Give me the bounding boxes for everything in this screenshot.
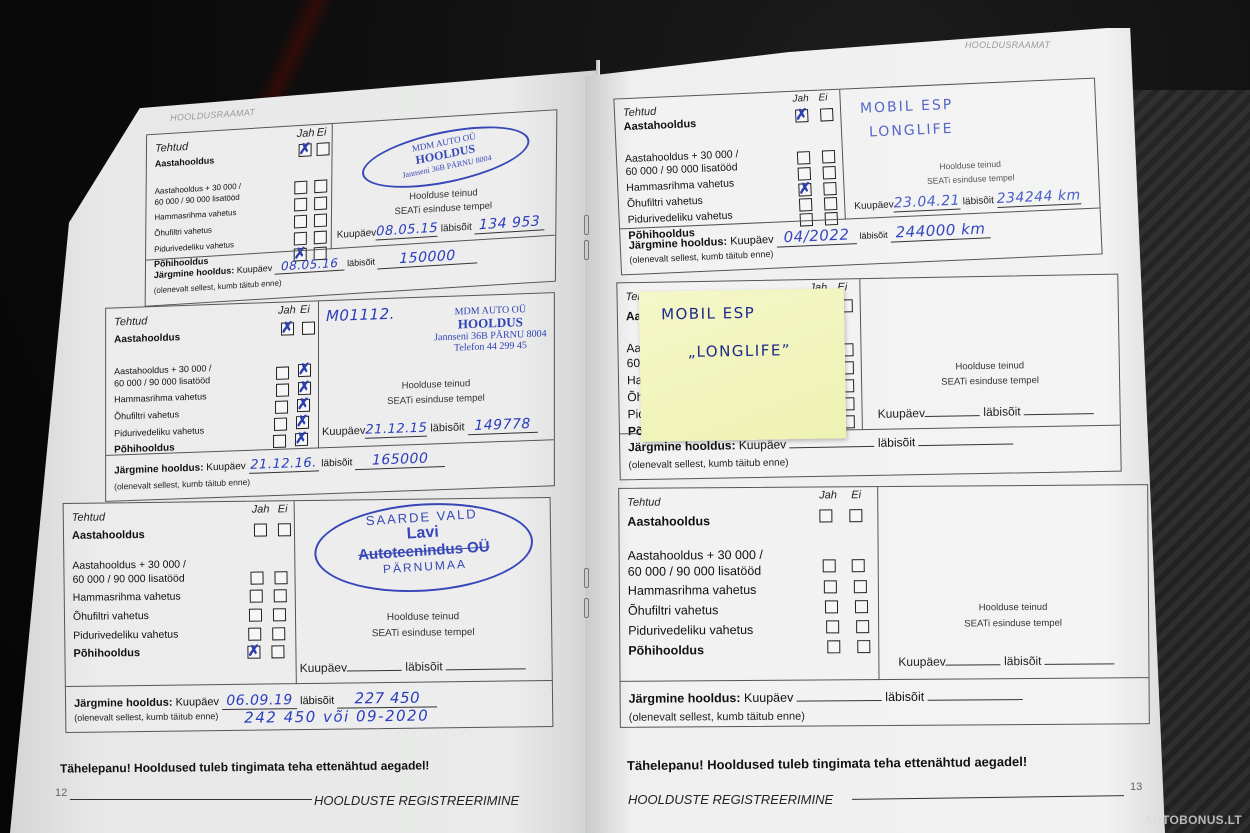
checkbox-ohufilter-jah[interactable] <box>275 400 288 413</box>
checkbox-aastahooldus-jah[interactable] <box>254 523 267 536</box>
dealer-stamp-lavi: SAARDE VALD Lavi Autoteenindus OÜ PÄRNUM… <box>312 497 536 599</box>
row-lisatood-1: Aastahooldus + 30 000 / <box>628 548 763 563</box>
row-pohihooldus: Põhihooldus <box>628 643 704 658</box>
checkbox-ohufilter-ei[interactable] <box>273 608 286 621</box>
row-lisatood-2: 60 000 / 90 000 lisatööd <box>114 375 210 388</box>
handwritten-code: M01112. <box>326 305 395 325</box>
next-service-date[interactable]: 04/2022 <box>776 225 857 247</box>
next-service-note: (olenevalt sellest, kumb täitub enne) <box>628 457 788 471</box>
handwritten-oil-note-2: LONGLIFE <box>869 121 954 141</box>
checkbox-ohufilter-jah[interactable] <box>249 609 262 622</box>
checkbox-aastahooldus-ei[interactable] <box>820 108 834 122</box>
checkbox-pidurivedelik-jah[interactable] <box>274 418 287 431</box>
checkbox-pidurivedelik-ei[interactable] <box>314 231 327 245</box>
checkbox-pohihooldus-ei[interactable] <box>271 645 284 658</box>
checkbox-pohihooldus-ei[interactable] <box>295 433 308 446</box>
next-service-mileage[interactable] <box>919 443 1014 446</box>
checkbox-hammasrihm-ei[interactable] <box>823 166 837 180</box>
row-aastahooldus: Aastahooldus <box>114 332 180 345</box>
row-hammasrihm: Hammasrihma vahetus <box>114 391 206 404</box>
checkbox-hammasrihm-jah[interactable] <box>276 383 289 396</box>
next-service-mileage[interactable]: 150000 <box>378 246 478 269</box>
jah-label: Jah <box>297 127 315 140</box>
row-ohufilter: Õhufiltri vahetus <box>73 610 149 623</box>
checkbox-hammasrihm-ei[interactable] <box>854 580 867 593</box>
service-date-row: Kuupäev21.12.15 läbisõit 149778 <box>322 416 538 441</box>
stamp-caption-1: Hoolduse teinud <box>861 359 1119 375</box>
ei-label: Ei <box>317 126 327 139</box>
page-number-right: 13 <box>1130 781 1142 793</box>
checkbox-ohufilter-ei[interactable] <box>314 213 327 227</box>
service-entry-right-1: Tehtud Jah Ei Aastahooldus Aastahooldus … <box>613 78 1102 276</box>
staple-icon <box>584 568 589 588</box>
next-service-row: Järgmine hooldus: Kuupäev läbisõit <box>629 689 1023 706</box>
service-entry-left-1: Tehtud Jah Ei Aastahooldus Aastahooldus … <box>145 109 558 307</box>
row-pidurivedelik: Pidurivedeliku vahetus <box>154 240 234 254</box>
service-entry-left-2: Tehtud Jah Ei Aastahooldus Aastahooldus … <box>105 292 555 502</box>
checkbox-lisatood-ei[interactable] <box>852 559 865 572</box>
footer-rule-left <box>70 799 312 800</box>
jah-label: Jah <box>792 93 809 105</box>
checkbox-ohufilter-jah[interactable] <box>294 215 307 229</box>
service-date-value[interactable]: 21.12.15 <box>365 421 427 439</box>
service-mileage-value[interactable]: 234244 km <box>996 187 1081 208</box>
stamp-caption-2: SEATi esinduse tempel <box>295 626 551 640</box>
service-date-value[interactable] <box>925 415 980 417</box>
service-mileage-value[interactable] <box>446 668 526 670</box>
stamp-caption-2: SEATi esinduse tempel <box>861 374 1119 390</box>
sticky-note-line-1: MOBIL ESP <box>661 304 755 324</box>
checkbox-pidurivedelik-ei[interactable] <box>296 416 309 429</box>
service-mileage-value[interactable] <box>1045 663 1115 664</box>
row-aastahooldus: Aastahooldus <box>72 529 145 542</box>
checkbox-lisatood-ei[interactable] <box>274 571 287 584</box>
dealer-stamp-mdm: MDM AUTO OÜ HOOLDUS Jannseni 36B PÄRNU 8… <box>428 303 553 355</box>
row-lisatood-1: Aastahooldus + 30 000 / <box>72 558 186 571</box>
checkbox-lisatood-jah[interactable] <box>276 366 289 379</box>
checkbox-ohufilter-jah[interactable] <box>798 183 812 197</box>
next-service-alt: 242 450 või 09-2020 <box>244 707 429 727</box>
next-service-date[interactable] <box>790 446 875 448</box>
tehtud-label: Tehtud <box>627 497 660 509</box>
row-pidurivedelik: Pidurivedeliku vahetus <box>114 425 204 438</box>
checkbox-pidurivedelik-ei[interactable] <box>856 620 869 633</box>
row-aastahooldus: Aastahooldus <box>627 514 710 529</box>
service-mileage-value[interactable]: 149778 <box>468 416 538 435</box>
watermark-logo: AUTOBONUS.LT <box>1144 813 1242 827</box>
checkbox-aastahooldus-jah[interactable] <box>299 143 312 157</box>
checkbox-hammasrihm-ei[interactable] <box>314 196 327 210</box>
checkbox-ohufilter-ei[interactable] <box>297 399 310 412</box>
service-entry-right-3: Tehtud Jah Ei Aastahooldus Aastahooldus … <box>618 484 1150 728</box>
checkbox-ohufilter-ei[interactable] <box>823 182 837 196</box>
checkbox-hammasrihm-jah[interactable] <box>294 198 307 212</box>
service-date-row: Kuupäev läbisõit <box>878 403 1095 421</box>
staple-icon <box>584 240 589 260</box>
stamp-caption-1: Hoolduse teinud <box>295 610 551 624</box>
staple-icon <box>584 598 589 618</box>
row-hammasrihm: Hammasrihma vahetus <box>73 591 181 604</box>
checkbox-lisatood-jah[interactable] <box>250 572 263 585</box>
checkbox-lisatood-ei[interactable] <box>822 150 836 164</box>
tehtud-label: Tehtud <box>114 315 147 328</box>
ei-label: Ei <box>300 304 310 316</box>
checkbox-pohihooldus-jah[interactable] <box>273 435 286 448</box>
next-service-mileage[interactable]: 244000 km <box>890 219 991 242</box>
service-date-value[interactable]: 08.05.15 <box>376 221 438 241</box>
checkbox-hammasrihm-jah[interactable] <box>250 590 263 603</box>
stamp-caption-2: SEATi esinduse tempel <box>878 617 1148 630</box>
tehtud-label: Tehtud <box>72 511 105 523</box>
row-aastahooldus: Aastahooldus <box>623 118 696 133</box>
next-service-mileage[interactable] <box>928 699 1023 701</box>
checkbox-lisatood-ei[interactable] <box>314 179 327 193</box>
checkbox-aastahooldus-jah[interactable] <box>281 322 294 335</box>
checkbox-aastahooldus-ei[interactable] <box>849 509 862 522</box>
checkbox-pohihooldus-ei[interactable] <box>857 640 870 653</box>
row-ohufilter: Õhufiltri vahetus <box>154 226 212 239</box>
row-aastahooldus: Aastahooldus <box>155 155 214 169</box>
checkbox-pohihooldus-jah[interactable] <box>827 640 840 653</box>
next-service-date[interactable]: 21.12.16. <box>249 455 319 473</box>
ei-label: Ei <box>851 489 861 501</box>
checkbox-lisatood-jah[interactable] <box>797 151 811 165</box>
service-date-row: Kuupäev läbisõit <box>898 653 1115 669</box>
checkbox-lisatood-jah[interactable] <box>294 181 307 195</box>
next-service-date[interactable]: 08.05.16 <box>275 255 345 274</box>
checkbox-hammasrihm-ei[interactable] <box>298 382 311 395</box>
jah-label: Jah <box>252 503 270 515</box>
checkbox-hammasrihm-ei[interactable] <box>274 589 287 602</box>
checkbox-aastahooldus-jah[interactable] <box>819 509 832 522</box>
checkbox-aastahooldus-ei[interactable] <box>278 523 291 536</box>
checkbox-aastahooldus-jah[interactable] <box>795 109 809 123</box>
checkbox-aastahooldus-ei[interactable] <box>302 321 315 334</box>
next-service-mileage[interactable]: 165000 <box>355 450 445 470</box>
next-service-note: (olenevalt sellest, kumb täitub enne) <box>74 711 218 723</box>
jah-label: Jah <box>819 489 837 501</box>
service-date-value[interactable]: 23.04.21 <box>893 193 960 213</box>
checkbox-ohufilter-jah[interactable] <box>825 600 838 613</box>
checkbox-ohufilter-ei[interactable] <box>855 600 868 613</box>
row-lisatood-1: Aastahooldus + 30 000 / <box>114 363 211 376</box>
jah-label: Jah <box>278 304 296 317</box>
checkbox-lisatood-ei[interactable] <box>298 364 311 377</box>
row-hammasrihm: Hammasrihma vahetus <box>626 177 734 194</box>
service-mileage-value[interactable] <box>1024 413 1094 415</box>
checkbox-pidurivedelik-jah[interactable] <box>248 628 261 641</box>
checkbox-pidurivedelik-ei[interactable] <box>272 627 285 640</box>
service-entry-left-3: Tehtud Jah Ei Aastahooldus Aastahooldus … <box>63 497 554 733</box>
page-number-left: 12 <box>55 787 67 799</box>
checkbox-pohihooldus-jah[interactable] <box>247 646 260 659</box>
row-ohufilter: Õhufiltri vahetus <box>627 195 703 210</box>
next-service-note: (olenevalt sellest, kumb täitub enne) <box>114 477 250 492</box>
next-service-date[interactable] <box>797 700 882 702</box>
handwritten-oil-note-1: MOBIL ESP <box>860 97 954 117</box>
running-head-right: HOOLDUSRAAMAT <box>965 40 1050 50</box>
checkbox-pidurivedelik-jah[interactable] <box>826 620 839 633</box>
next-service-note: (olenevalt sellest, kumb täitub enne) <box>629 711 805 724</box>
service-date-value[interactable] <box>347 670 402 672</box>
tehtud-label: Tehtud <box>623 106 657 119</box>
service-date-value[interactable] <box>946 664 1001 665</box>
row-lisatood-2: 60 000 / 90 000 lisatööd <box>72 573 184 586</box>
tehtud-label: Tehtud <box>155 141 188 155</box>
row-hammasrihm: Hammasrihma vahetus <box>154 208 236 222</box>
ei-label: Ei <box>278 503 288 515</box>
sticky-note-line-2: „LONGLIFE” <box>688 341 792 361</box>
row-pidurivedelik: Pidurivedeliku vahetus <box>628 623 753 638</box>
checkbox-hammasrihm-jah[interactable] <box>824 580 837 593</box>
checkbox-pidurivedelik-ei[interactable] <box>824 197 838 211</box>
row-ohufilter: Õhufiltri vahetus <box>114 409 179 421</box>
service-mileage-value[interactable]: 134 953 <box>475 213 545 234</box>
row-pohihooldus: Põhihooldus <box>73 647 140 660</box>
sticky-note[interactable]: MOBIL ESP „LONGLIFE” <box>639 288 847 442</box>
row-hammasrihm: Hammasrihma vahetus <box>628 583 757 598</box>
checkbox-lisatood-jah[interactable] <box>823 559 836 572</box>
checkbox-pidurivedelik-jah[interactable] <box>799 198 813 212</box>
checkbox-aastahooldus-ei[interactable] <box>317 142 330 156</box>
footer-title-right: HOOLDUSTE REGISTREERIMINE <box>628 792 833 807</box>
stamp-caption-1: Hoolduse teinud <box>878 601 1148 614</box>
footer-title-left: HOOLDUSTE REGISTREERIMINE <box>314 793 519 808</box>
ei-label: Ei <box>818 92 827 103</box>
row-ohufilter: Õhufiltri vahetus <box>628 603 718 618</box>
row-lisatood-2: 60 000 / 90 000 lisatööd <box>628 564 762 579</box>
row-pidurivedelik: Pidurivedeliku vahetus <box>73 629 178 642</box>
staple-icon <box>584 215 589 235</box>
service-date-row: Kuupäev läbisõit <box>300 658 527 675</box>
next-service-row: Järgmine hooldus: Kuupäev 21.12.16. läbi… <box>114 450 445 479</box>
